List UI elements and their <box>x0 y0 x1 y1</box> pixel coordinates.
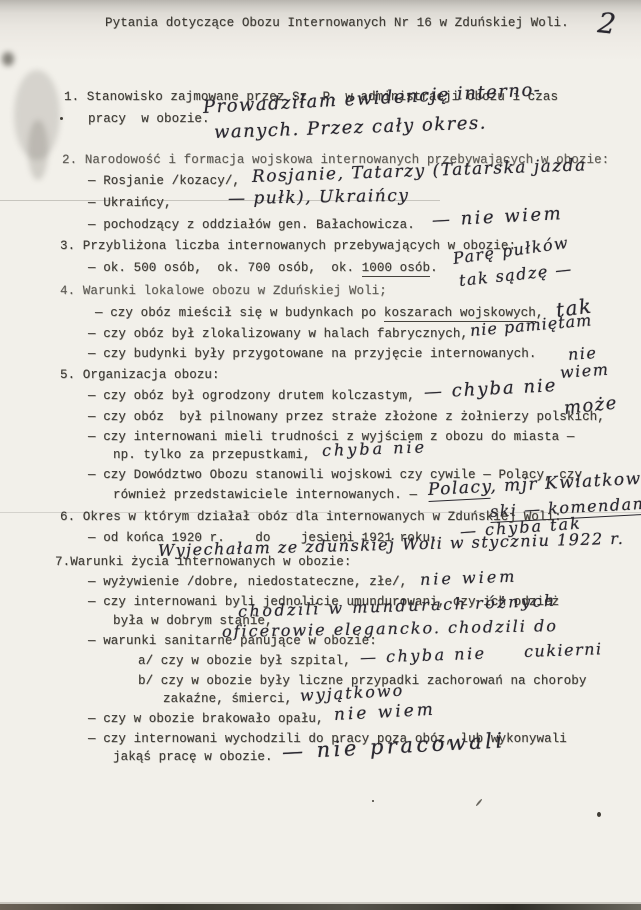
question-5-line-1: 5. Organizacja obozu: <box>60 368 220 384</box>
paper-speck <box>372 800 374 802</box>
answer-4-line-3b: wiem <box>559 360 610 382</box>
question-4-line-1: 4. Warunki lokalowe obozu w Zduńskiej Wo… <box>60 284 387 300</box>
answer-1-line-1: Prowadziłam ewidencję interno- <box>202 79 541 118</box>
question-7-item-a: a/ czy w obozie był szpital, <box>138 654 351 670</box>
answer-5-line-3: chyba nie <box>322 437 428 460</box>
question-1-line-2: pracy w obozie. <box>88 112 210 128</box>
question-2-bullet-3: — pochodzący z oddziałów gen. Bałachowic… <box>88 218 415 234</box>
paper-smudge <box>28 120 48 180</box>
answer-2-line-3: — nie wiem <box>431 203 563 231</box>
question-5-bullet-2: — czy obóz był pilnowany przez straże zł… <box>88 410 605 426</box>
answer-7-item-a: — chyba nie <box>360 644 487 667</box>
question-4-bullet-3: — czy budynki były przygotowane na przyj… <box>88 347 536 363</box>
question-3-line-1: 3. Przybliżona liczba internowanych prze… <box>60 239 516 255</box>
counts-period: . <box>430 261 438 275</box>
question-7-line-1: 7.Warunki życia internowanych w obozie: <box>55 555 351 571</box>
question-5-bullet-3-cont: np. tylko za przepustkami, <box>113 448 311 464</box>
counts-text: — ok. 500 osób, ok. 700 osób, ok. <box>88 261 362 275</box>
question-7-bullet-4: — czy w obozie brakowało opału, <box>88 712 324 728</box>
answer-7-line-4: nie wiem <box>333 700 436 725</box>
page-bottom-edge <box>0 904 641 910</box>
answer-1-line-2: wanych. Przez cały okres. <box>214 112 488 143</box>
document-title: Pytania dotyczące Obozu Internowanych Nr… <box>105 16 569 32</box>
paper-speck <box>475 798 482 806</box>
paper-speck <box>597 812 601 817</box>
question-2-bullet-2: — Ukraińcy, <box>88 196 172 212</box>
question-7-item-b-cont: zakaźne, śmierci, <box>163 692 292 708</box>
answer-2-line-2: — pułk), Ukraińcy <box>228 186 410 209</box>
count-1000-underlined: 1000 osób <box>362 261 430 277</box>
paper-smudge <box>2 52 14 66</box>
document-page: Pytania dotyczące Obozu Internowanych Nr… <box>0 0 641 910</box>
answer-7-line-2c: cukierni <box>524 639 603 661</box>
barracks-text: — czy obóz mieścił się w budynkach po <box>95 306 384 320</box>
question-7-bullet-1: — wyżywienie /dobre, niedostateczne, złe… <box>88 575 407 591</box>
page-number: 2 <box>596 6 619 41</box>
question-3-bullet-1: — ok. 500 osób, ok. 700 osób, ok. 1000 o… <box>88 261 438 277</box>
question-4-bullet-1: — czy obóz mieścił się w budynkach po ko… <box>95 306 544 322</box>
answer-5-line-1: — chyba nie <box>423 375 557 403</box>
question-4-bullet-2: — czy obóz był zlokalizowany w halach fa… <box>88 327 468 343</box>
answer-polacy-underlined: Polacy <box>427 477 491 502</box>
paper-speck <box>60 117 63 120</box>
question-7-bullet-3: — warunki sanitarne panujące w obozie: <box>88 634 377 650</box>
question-5-bullet-4-cont: również przedstawiciele internowanych. — <box>113 488 417 504</box>
answer-7-line-1: nie wiem <box>420 567 518 589</box>
question-7-bullet-5-cont: jakąś pracę w obozie. <box>113 750 273 766</box>
question-5-bullet-1: — czy obóz był ogrodzony drutem kolczast… <box>88 389 415 405</box>
question-2-bullet-1: — Rosjanie /kozacy/, <box>88 174 240 190</box>
